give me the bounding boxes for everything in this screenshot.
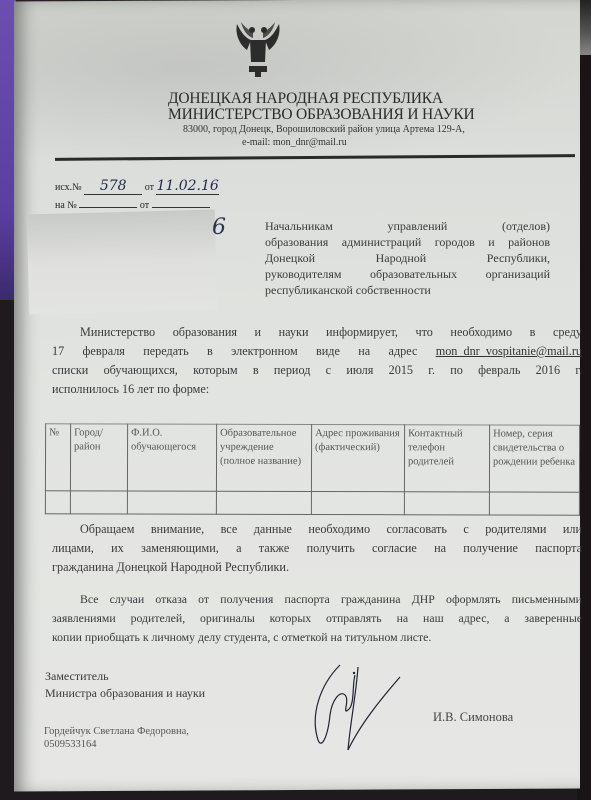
signatory-name: И.В. Симонова <box>433 710 513 725</box>
incoming-date-label: от <box>140 200 149 211</box>
outgoing-number: 578 <box>84 178 142 195</box>
student-form-table: № Город/ район Ф.И.О. обучающегося Образ… <box>45 423 580 515</box>
submission-email-link[interactable]: mon_dnr_vospitanie@mail.ru <box>436 344 582 358</box>
body-line: 17 февраля передать в электронном виде н… <box>52 342 582 361</box>
body-line: гражданина Донецкой Народной Республики. <box>52 558 582 577</box>
body-line: заявлениями родителей, оригиналы которых… <box>52 609 582 628</box>
executor-block: Гордейчук Светлана Федоровна, 0509533164 <box>44 725 189 751</box>
table-cell <box>311 491 404 514</box>
table-row <box>45 491 579 515</box>
ministry-email: e-mail: mon_dnr@mail.ru <box>242 137 347 148</box>
outgoing-date: 11.02.16 <box>156 178 218 195</box>
handwritten-mark: 6 <box>212 215 226 240</box>
addressee-line: Начальникам управлений (отделов) <box>265 218 550 234</box>
executor-phone: 0509533164 <box>44 738 189 751</box>
column-header-name: Ф.И.О. обучающегося <box>127 424 216 491</box>
addressee-line: образования администраций городов и райо… <box>265 234 550 250</box>
outgoing-date-label: от <box>145 182 154 193</box>
table-cell <box>404 492 489 515</box>
ministry-address: 83000, город Донецк, Ворошиловский район… <box>183 124 465 135</box>
table-cell <box>127 491 216 514</box>
addressee-line: республиканской собственности <box>265 282 550 298</box>
paragraph-request: Министерство образования и науки информи… <box>52 323 582 399</box>
handwritten-signature-icon <box>300 655 410 765</box>
eagle-emblem-icon <box>233 10 283 80</box>
column-header-phone: Контактный телефон родителей <box>404 425 489 492</box>
table-cell <box>70 491 127 514</box>
column-header-birth-certificate: Номер, серия свидетельства о рождении ре… <box>489 425 579 492</box>
executor-name: Гордейчук Светлана Федоровна, <box>44 725 189 738</box>
ministry-name: МИНИСТЕРСТВО ОБРАЗОВАНИЯ И НАУКИ <box>168 106 475 124</box>
body-line: Обращаем внимание, все данные необходимо… <box>52 520 582 539</box>
body-line: лицами, их заменяющими, а также получить… <box>52 539 582 558</box>
paragraph-consent: Обращаем внимание, все данные необходимо… <box>52 520 582 577</box>
paragraph-refusal: Все случаи отказа от получения паспорта … <box>52 590 582 647</box>
body-line: списки обучающихся, которым в период с и… <box>52 361 582 380</box>
body-line: копии приобщать к личному делу студента,… <box>52 628 582 647</box>
folded-paper-corner <box>27 210 218 315</box>
incoming-date <box>152 207 210 208</box>
table-cell <box>216 491 311 514</box>
table-cell <box>45 491 70 514</box>
body-line: Министерство образования и науки информи… <box>52 323 582 342</box>
body-line-text: 17 февраля передать в электронном виде н… <box>52 344 436 358</box>
column-header-number: № <box>45 424 70 491</box>
incoming-number <box>79 207 137 208</box>
signatory-title: Заместитель Министра образования и науки <box>45 668 205 702</box>
addressee-block: Начальникам управлений (отделов) образов… <box>265 218 550 298</box>
column-header-city: Город/ район <box>70 424 127 491</box>
table-header-row: № Город/ район Ф.И.О. обучающегося Образ… <box>45 424 579 492</box>
addressee-line: Донецкой Народной Республики, <box>265 250 550 266</box>
column-header-institution: Образовательное учреждение (полное назва… <box>216 424 311 491</box>
outgoing-number-line: исх.№ 578 от 11.02.16 <box>55 178 219 195</box>
column-header-address: Адрес проживания (фактический) <box>311 424 404 491</box>
addressee-line: руководителям образовательных организаци… <box>265 266 550 282</box>
body-line: исполнилось 16 лет по форме: <box>52 380 582 399</box>
outgoing-label: исх.№ <box>55 182 82 193</box>
signatory-title-line: Заместитель <box>45 668 205 685</box>
table-cell <box>489 492 579 515</box>
signatory-title-line: Министра образования и науки <box>45 685 205 702</box>
body-line: Все случаи отказа от получения паспорта … <box>52 590 582 609</box>
incoming-label: на № <box>55 200 77 211</box>
